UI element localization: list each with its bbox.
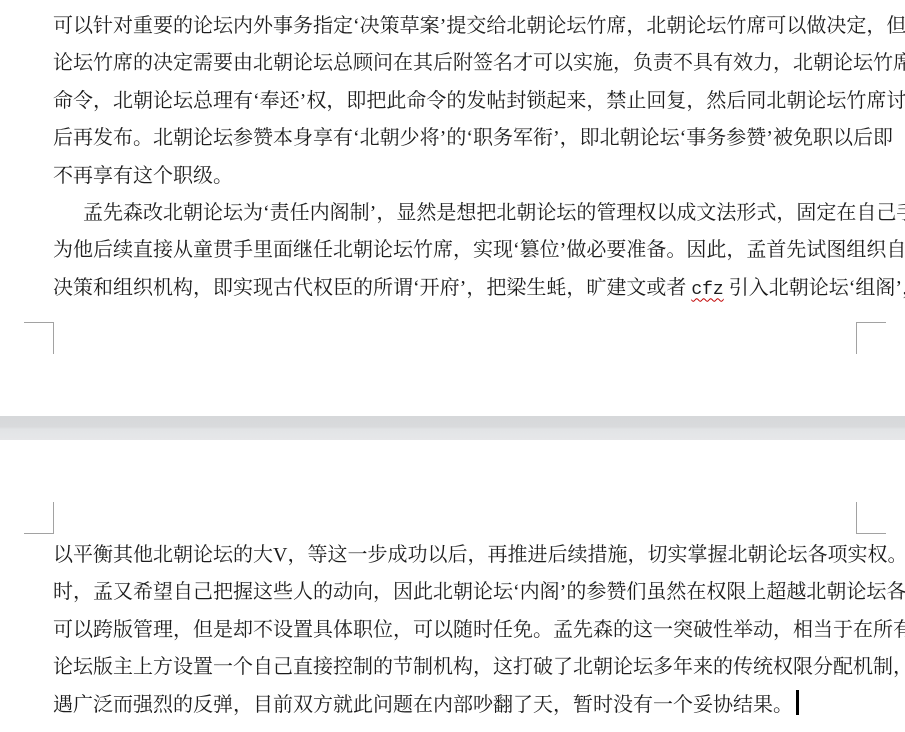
text-line[interactable]: 论坛版主上方设置一个自己直接控制的节制机构，这打破了北朝论坛多年来的传统权限分配…	[53, 649, 857, 686]
text-line[interactable]: 时，孟又希望自己把握这些人的动向，因此北朝论坛‘内阁’的参赞们虽然在权限上超越北…	[53, 574, 857, 611]
text-boundary-mark-bottom-left	[24, 322, 54, 354]
page-1[interactable]: 可以针对重要的论坛内外事务指定‘决策草案’提交给北朝论坛竹席，北朝论坛竹席可以做…	[0, 0, 905, 416]
text-line[interactable]: 可以针对重要的论坛内外事务指定‘决策草案’提交给北朝论坛竹席，北朝论坛竹席可以做…	[53, 8, 857, 45]
text-line[interactable]: 以平衡其他北朝论坛的大V，等这一步成功以后，再推进后续措施，切实掌握北朝论坛各项…	[53, 537, 857, 574]
text-line[interactable]: 遇广泛而强烈的反弹，目前双方就此问题在内部吵翻了天，暂时没有一个妥协结果。	[53, 687, 857, 724]
page-break-gap[interactable]	[0, 416, 905, 440]
text-segment: 遇广泛而强烈的反弹，目前双方就此问题在内部吵翻了天，暂时没有一个妥协结果。	[53, 694, 793, 716]
page2-text-area[interactable]: 以平衡其他北朝论坛的大V，等这一步成功以后，再推进后续措施，切实掌握北朝论坛各项…	[53, 537, 857, 724]
page-2[interactable]: 以平衡其他北朝论坛的大V，等这一步成功以后，再推进后续措施，切实掌握北朝论坛各项…	[0, 440, 905, 732]
text-line[interactable]: 命令，北朝论坛总理有‘奉还’权，即把此命令的发帖封锁起来，禁止回复，然后同北朝论…	[53, 83, 857, 120]
page1-text-area[interactable]: 可以针对重要的论坛内外事务指定‘决策草案’提交给北朝论坛竹席，北朝论坛竹席可以做…	[53, 8, 857, 307]
text-segment: 决策和组织机构，即实现古代权臣的所谓‘开府’，把梁生蚝，旷建文或者	[53, 277, 691, 299]
text-boundary-mark-top-right	[856, 502, 886, 534]
text-line[interactable]: 后再发布。北朝论坛参赞本身享有‘北朝少将’的‘职务军衔’，即北朝论坛‘事务参赞’…	[53, 120, 857, 157]
misspelled-word[interactable]: cfz	[691, 280, 723, 300]
document-editor-view: 可以针对重要的论坛内外事务指定‘决策草案’提交给北朝论坛竹席，北朝论坛竹席可以做…	[0, 0, 905, 732]
text-boundary-mark-bottom-right	[856, 322, 886, 354]
text-cursor	[796, 690, 799, 715]
text-line[interactable]: 不再享有这个职级。	[53, 158, 857, 195]
text-line[interactable]: 孟先森改北朝论坛为‘责任内阁制’，显然是想把北朝论坛的管理权以成文法形式，固定在…	[53, 195, 857, 232]
text-boundary-mark-top-left	[24, 502, 54, 534]
text-segment: 引入北朝论坛‘组阁’，	[724, 277, 905, 299]
text-line[interactable]: 决策和组织机构，即实现古代权臣的所谓‘开府’，把梁生蚝，旷建文或者 cfz 引入…	[53, 270, 857, 307]
text-line[interactable]: 为他后续直接从童贯手里面继任北朝论坛竹席，实现‘篡位’做必要准备。因此，孟首先试…	[53, 232, 857, 269]
text-line[interactable]: 论坛竹席的决定需要由北朝论坛总顾问在其后附签名才可以实施，负责不具有效力，北朝论…	[53, 45, 857, 82]
text-line[interactable]: 可以跨版管理，但是却不设置具体职位，可以随时任免。孟先森的这一突破性举动，相当于…	[53, 612, 857, 649]
